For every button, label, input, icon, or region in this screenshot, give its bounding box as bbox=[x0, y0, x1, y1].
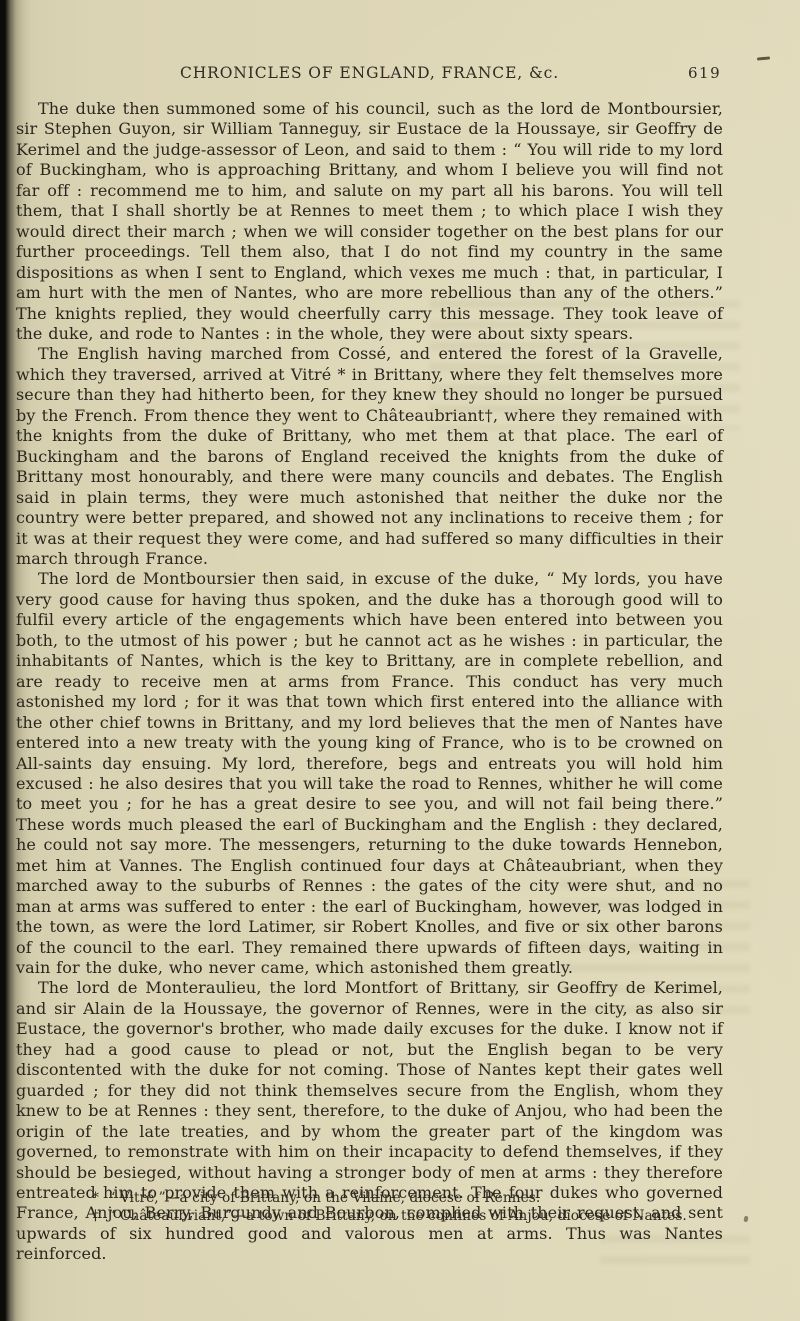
running-head-title: CHRONICLES OF ENGLAND, FRANCE, &c. bbox=[16, 64, 723, 82]
body-paragraph: The English having marched from Cossé, a… bbox=[16, 344, 723, 569]
body-paragraph: The duke then summoned some of his counc… bbox=[16, 99, 723, 344]
book-page: CHRONICLES OF ENGLAND, FRANCE, &c. 619 T… bbox=[0, 0, 800, 1321]
ink-dash-mark bbox=[757, 56, 770, 60]
page-number: 619 bbox=[688, 64, 721, 82]
page-body: The duke then summoned some of his counc… bbox=[16, 99, 723, 1265]
body-paragraph: The lord de Montboursier then said, in e… bbox=[16, 569, 723, 978]
footnotes-block: * “ Vitré,”—a city of Brittany, on the V… bbox=[92, 1190, 752, 1225]
footnote: * “ Vitré,”—a city of Brittany, on the V… bbox=[92, 1190, 752, 1208]
footnote: † “ Châteaubriant,”—a town of Brittany, … bbox=[92, 1208, 752, 1226]
footnote-marker: † bbox=[92, 1208, 104, 1226]
footnote-marker: * bbox=[92, 1190, 104, 1208]
footnote-text: “ Vitré,”—a city of Brittany, on the Vil… bbox=[108, 1190, 540, 1206]
footnote-text: “ Châteaubriant,”—a town of Brittany, on… bbox=[108, 1208, 686, 1224]
